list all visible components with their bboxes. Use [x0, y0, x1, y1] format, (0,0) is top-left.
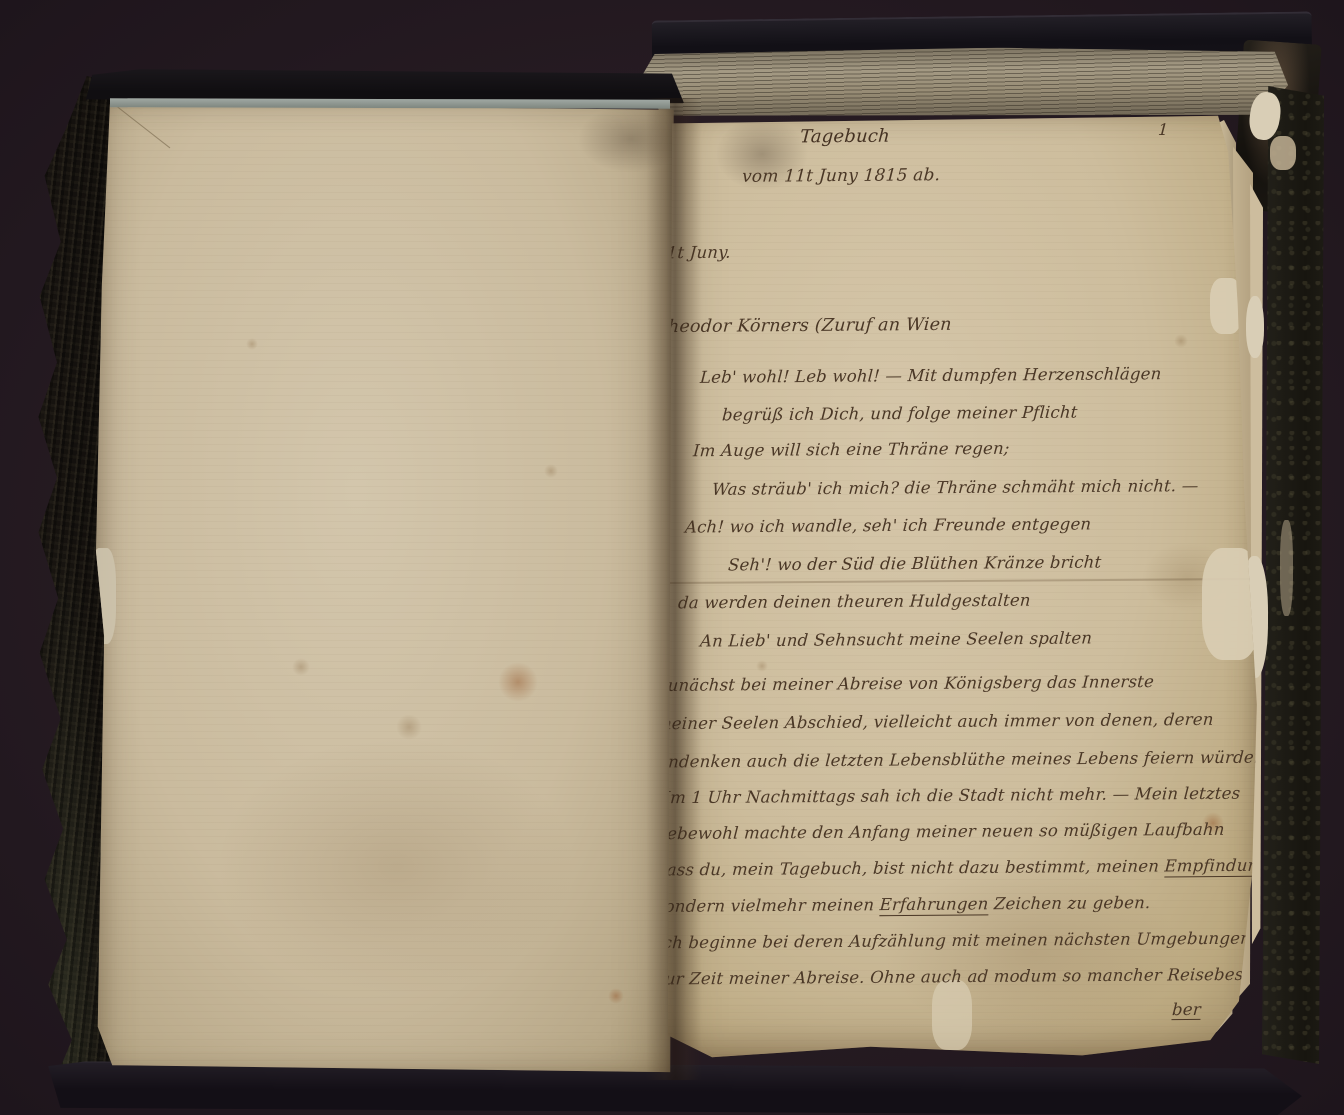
foxing-spot — [498, 662, 538, 702]
prose-line: Lebewohl machte den Anfang meiner neuen … — [662, 822, 1225, 843]
poem-line: Im Auge will sich eine Thräne regen; — [692, 441, 1010, 460]
diary-title: Tagebuch — [799, 128, 890, 147]
photo-background: Em dn gen 1 O es 2 br nd g dn in d — [0, 0, 1344, 1115]
prose-line: meiner Seelen Abschied, vielleicht auch … — [662, 712, 1214, 733]
poem-line: An Lieb' und Sehnsucht meine Seelen spal… — [699, 630, 1092, 650]
prose-segment: Zeichen zu geben. — [988, 893, 1151, 913]
gutter-shadow — [646, 98, 702, 1080]
prose-line: Andenken auch die letzten Lebensblüthe m… — [662, 750, 1258, 771]
underlined-word: Empfindungen — [1164, 856, 1258, 878]
paper-stain — [882, 862, 1182, 1042]
edge-torn-patch — [1246, 296, 1264, 358]
underlined-word: Erfahrungen — [879, 894, 989, 916]
poem-line: Seh'! wo der Süd die Blüthen Kränze bric… — [727, 555, 1101, 574]
paper-stain — [216, 736, 576, 996]
prose-line: Zunächst bei meiner Abreise von Königsbe… — [662, 674, 1155, 694]
foxing-spot — [608, 988, 624, 1004]
prose-line: dass du, mein Tagebuch, bist nicht dazu … — [662, 858, 1258, 879]
paper-repair-patch — [932, 980, 972, 1050]
prose-line: sondern vielmehr meinen Erfahrungen Zeic… — [662, 895, 1151, 915]
poem-line: begrüß ich Dich, und folge meiner Pflich… — [721, 405, 1078, 424]
pastedown-edge — [110, 98, 670, 108]
cover-worn-patch — [1270, 136, 1296, 170]
prose-line: Um 1 Uhr Nachmittags sah ich die Stadt n… — [662, 786, 1241, 807]
poem-line: da werden deinen theuren Huldgestalten — [677, 593, 1031, 612]
poem-line: Leb' wohl! Leb wohl! — Mit dumpfen Herze… — [699, 366, 1162, 386]
page-number: 1 — [1158, 122, 1169, 138]
back-cover-edge — [1262, 86, 1324, 1064]
foxing-spot — [756, 660, 768, 672]
cover-worn-patch — [1280, 520, 1293, 616]
foxing-spot — [1174, 334, 1188, 348]
foxing-spot — [544, 464, 558, 478]
poem-line: Was sträub' ich mich? die Thräne schmäht… — [711, 478, 1199, 498]
text-block-head-edge — [642, 45, 1289, 122]
poem-heading: Theodor Körners (Zuruf an Wien — [662, 317, 952, 337]
poem-line: Ach! wo ich wandle, seh' ich Freunde ent… — [684, 516, 1091, 536]
foxing-spot — [246, 338, 258, 350]
prose-segment: dass du, mein Tagebuch, bist nicht dazu … — [662, 856, 1165, 879]
catchword: ber — [1171, 1002, 1201, 1020]
diary-subtitle: vom 11t Juny 1815 ab. — [741, 167, 940, 186]
paper-tear — [111, 102, 170, 148]
left-page — [96, 96, 676, 1082]
right-page: Tagebuch vom 11t Juny 1815 ab. 1 11t Jun… — [662, 112, 1258, 1062]
foxing-spot — [292, 658, 310, 676]
